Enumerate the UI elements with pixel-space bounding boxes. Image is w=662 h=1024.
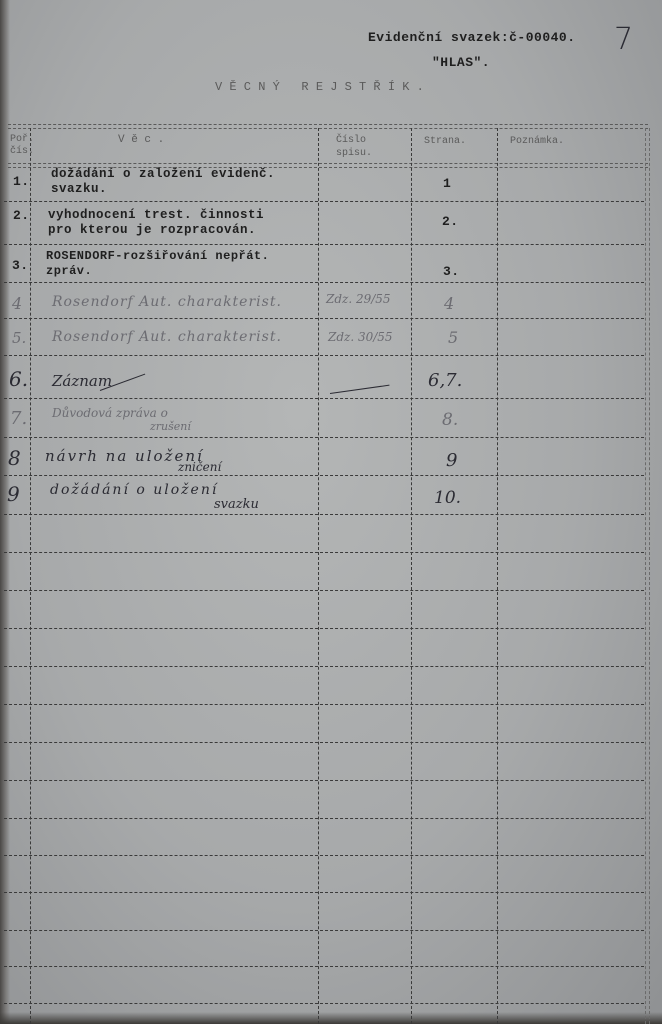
row-divider	[4, 318, 644, 319]
file-label: Evidenční svazek:č-00040.	[368, 30, 576, 45]
row-divider	[4, 966, 644, 967]
column-header-matter: V ě c .	[118, 134, 164, 146]
row-divider	[4, 201, 644, 202]
row-4-number: 4	[12, 294, 22, 313]
column-header-number-label: Poř. čís.	[10, 134, 34, 157]
column-divider-matter	[318, 128, 319, 1024]
row-8-number: 8	[8, 446, 21, 470]
column-header-page: Strana.	[424, 136, 466, 147]
row-3-matter-line1: ROSENDORF-rozšiřování nepřát.	[46, 249, 269, 263]
column-divider-page	[497, 128, 498, 1024]
row-1-number: 1.	[13, 174, 30, 189]
row-divider	[4, 892, 644, 893]
row-4-file-no: Zdz. 29/55	[326, 292, 391, 306]
row-3-page: 3.	[443, 264, 460, 279]
row-5-matter: Rosendorf Aut. charakterist.	[52, 329, 282, 345]
codename: "HLAS".	[432, 55, 490, 70]
row-divider	[4, 590, 644, 591]
row-7-number: 7.	[10, 408, 27, 429]
row-5-page: 5	[448, 328, 458, 347]
row-2-matter-line2: pro kterou je rozpracován.	[48, 223, 256, 237]
row-divider	[4, 475, 644, 476]
row-4-matter: Rosendorf Aut. charakterist.	[52, 294, 282, 310]
row-divider	[4, 398, 644, 399]
row-divider	[4, 818, 644, 819]
row-8-matter-line2: zničení	[178, 460, 221, 474]
row-7-matter-line1: Důvodová zpráva o	[52, 406, 168, 420]
row-divider	[4, 930, 644, 931]
row-5-file-no: Zdz. 30/55	[328, 330, 393, 344]
row-9-matter-line1: dožádání o uložení	[50, 482, 218, 498]
row-divider	[4, 704, 644, 705]
row-7-page: 8.	[442, 410, 458, 430]
row-divider	[4, 355, 644, 356]
table-top-border	[8, 124, 648, 129]
row-divider	[4, 855, 644, 856]
row-9-page: 10.	[434, 488, 461, 508]
row-9-matter-line2: svazku	[214, 497, 259, 512]
row-6-matter: Záznam	[52, 372, 112, 390]
row-divider	[4, 282, 644, 283]
row-divider	[4, 437, 644, 438]
row-divider	[4, 514, 644, 515]
row-2-number: 2.	[13, 208, 30, 223]
column-header-note: Poznámka.	[510, 136, 564, 147]
row-divider	[4, 552, 644, 553]
handwritten-page-number: 7	[614, 22, 633, 57]
row-1-page: 1	[443, 176, 451, 191]
column-divider-file-no	[411, 128, 412, 1024]
column-header-file-no-label: Číslo spisu.	[336, 135, 372, 159]
row-divider	[4, 244, 644, 245]
paper-bottom-edge-shadow	[0, 1012, 662, 1024]
row-9-number: 9	[7, 482, 20, 506]
paper-left-edge-shadow	[0, 0, 10, 1024]
page-title: V Ě C N Ý R E J S T Ř Í K .	[215, 80, 424, 94]
row-2-matter-line1: vyhodnocení trest. činnosti	[48, 208, 264, 222]
row-divider	[4, 666, 644, 667]
row-6-number: 6.	[9, 367, 28, 391]
row-divider	[4, 780, 644, 781]
row-6-page: 6,7.	[428, 370, 462, 391]
column-header-number: Poř. čís.	[10, 134, 30, 158]
row-4-page: 4	[444, 294, 454, 313]
table-right-border	[645, 128, 650, 1024]
row-divider	[4, 1003, 644, 1004]
row-3-number: 3.	[12, 258, 29, 273]
row-1-matter-line2: svazku.	[51, 182, 107, 196]
row-5-number: 5.	[12, 329, 26, 347]
row-1-matter-line1: dožádání o založení evidenč.	[51, 167, 275, 181]
row-3-matter-line2: zpráv.	[46, 264, 92, 278]
column-header-file-no: Číslo spisu.	[336, 134, 386, 160]
row-2-page: 2.	[442, 214, 459, 229]
row-6-file-no-dash	[330, 385, 390, 394]
row-divider	[4, 628, 644, 629]
row-8-page: 9	[446, 450, 457, 471]
row-divider	[4, 742, 644, 743]
row-7-matter-line2: zrušení	[150, 420, 191, 433]
column-divider-number	[30, 128, 31, 1024]
